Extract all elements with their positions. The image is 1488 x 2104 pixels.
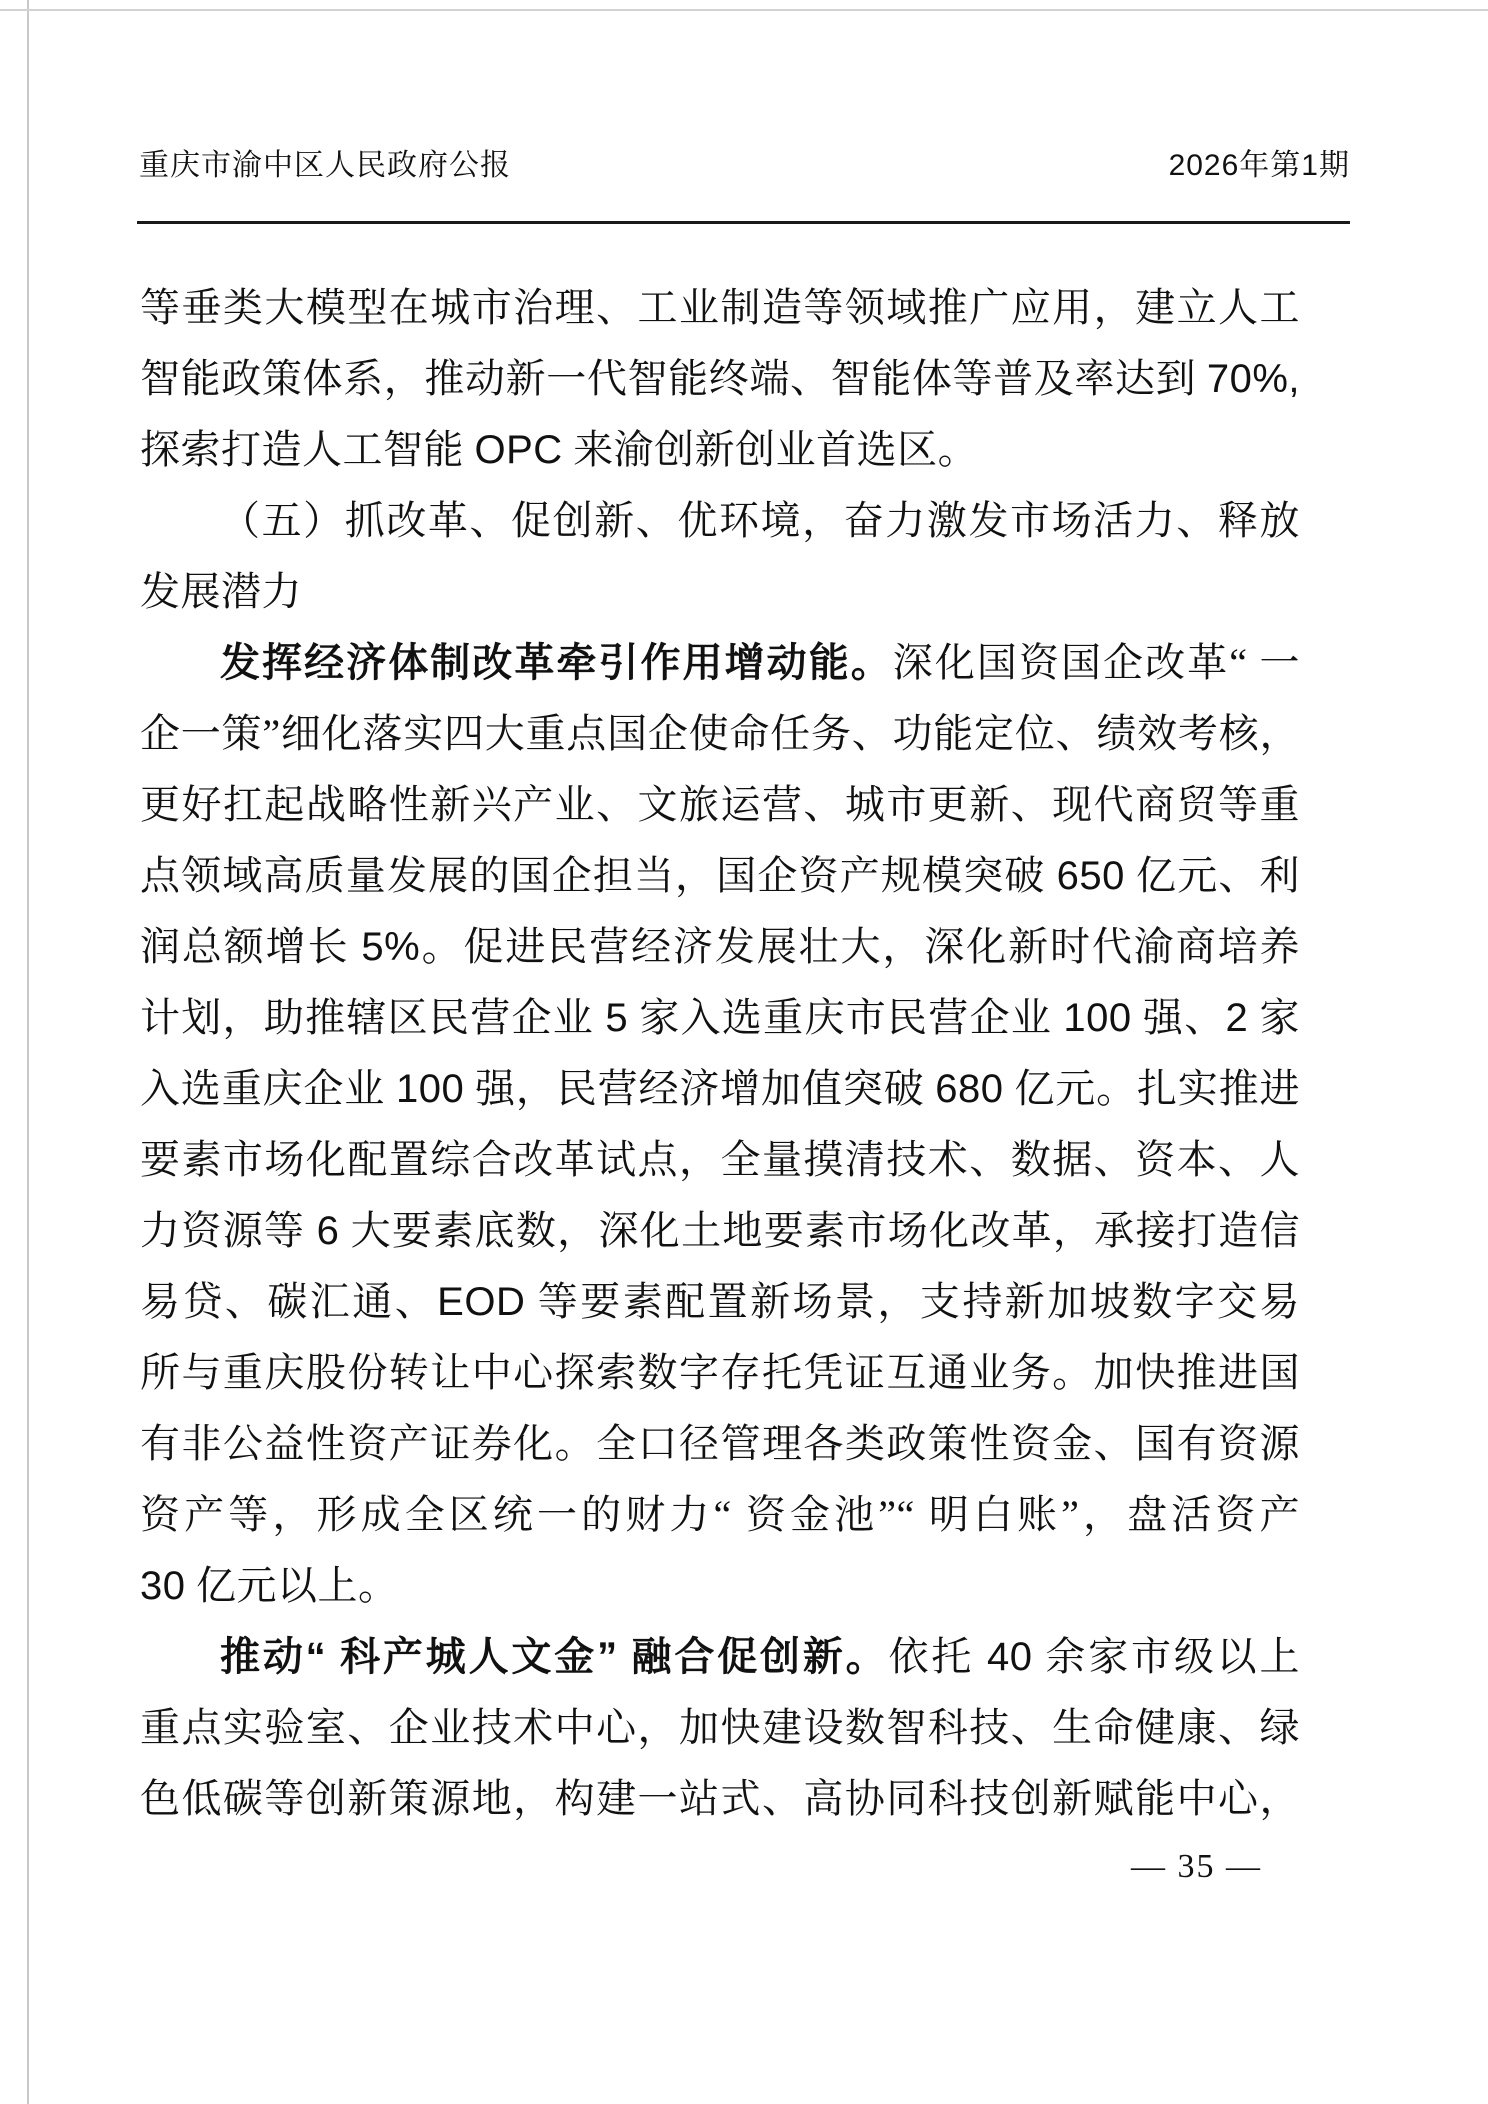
text-line: 润总额增长 5%。促进民营经济发展壮大，深化新时代渝商培养 [140,911,1300,982]
text-line: 发展潜力 [140,556,1300,627]
text-run: 润总额增长 [140,924,361,969]
text-run: 强，民营经济增加值突破 [464,1066,935,1111]
numeric-run: 40 [987,1635,1033,1679]
scan-edge-left [27,0,29,2104]
text-line: 更好扛起战略性新兴产业、文旅运营、城市更新、现代商贸等重 [140,769,1300,840]
text-line: 发挥经济体制改革牵引作用增动能。深化国资国企改革“ 一 [140,627,1300,698]
text-run: 易贷、碳汇通、 [140,1279,437,1324]
text-line: 色低碳等创新策源地，构建一站式、高协同科技创新赋能中心， [140,1763,1300,1834]
numeric-run: 6 [317,1209,340,1253]
text-run: 更好扛起战略性新兴产业、文旅运营、城市更新、现代商贸等重 [140,782,1300,827]
text-run: 发展潜力 [140,569,302,614]
text-line: （五）抓改革、促创新、优环境，奋力激发市场活力、释放 [140,485,1300,556]
text-run: 探索打造人工智能 [140,427,475,472]
page-number: — 35 — [1131,1848,1262,1886]
numeric-run: 2 [1226,996,1249,1040]
header-divider [137,221,1350,224]
text-line: 力资源等 6 大要素底数，深化土地要素市场化改革，承接打造信 [140,1195,1300,1266]
text-line: 点领域高质量发展的国企担当，国企资产规模突破 650 亿元、利 [140,840,1300,911]
text-line: 计划，助推辖区民营企业 5 家入选重庆市民营企业 100 强、2 家 [140,982,1300,1053]
text-run: 余家市级以上 [1033,1634,1300,1679]
text-run: 。促进民营经济发展壮大，深化新时代渝商培养 [420,924,1300,969]
numeric-run: 5 [605,996,628,1040]
text-run: 家 [1248,995,1300,1040]
text-run: 有非公益性资产证券化。全口径管理各类政策性资金、国有资源 [140,1421,1300,1466]
numeric-run: 5% [361,925,420,969]
text-run: 重点实验室、企业技术中心，加快建设数智科技、生命健康、绿 [140,1705,1300,1750]
text-run: 企一策”细化落实四大重点国企使命任务、功能定位、绩效考核， [140,711,1300,756]
numeric-run: 30 [140,1564,186,1608]
text-run: （五）抓改革、促创新、优环境，奋力激发市场活力、释放 [220,498,1300,543]
body-text: 等垂类大模型在城市治理、工业制造等领域推广应用，建立人工智能政策体系，推动新一代… [140,272,1300,1834]
numeric-run: 70%, [1207,357,1300,401]
text-run: 亿元。扎实推进 [1004,1066,1300,1111]
text-run: 强、 [1132,995,1226,1040]
text-run: 色低碳等创新策源地，构建一站式、高协同科技创新赋能中心， [140,1776,1300,1821]
numeric-run: 650 [1057,854,1125,898]
text-line: 要素市场化配置综合改革试点，全量摸清技术、数据、资本、人 [140,1124,1300,1195]
text-run: 入选重庆企业 [140,1066,396,1111]
text-line: 探索打造人工智能 OPC 来渝创新创业首选区。 [140,414,1300,485]
scan-edge-top [0,9,1488,11]
numeric-run: 680 [935,1067,1003,1111]
text-line: 企一策”细化落实四大重点国企使命任务、功能定位、绩效考核， [140,698,1300,769]
text-run: 要素市场化配置综合改革试点，全量摸清技术、数据、资本、人 [140,1137,1300,1182]
text-run: 深化国资国企改革“ 一 [893,640,1300,685]
text-run: 资产等，形成全区统一的财力“ 资金池”“ 明白账”，盘活资产 [140,1492,1300,1537]
text-run: 亿元、利 [1125,853,1300,898]
bold-run: 发挥经济体制改革牵引作用增动能。 [220,641,893,685]
text-line: 推动“ 科产城人文金” 融合促创新。依托 40 余家市级以上 [140,1621,1300,1692]
text-line: 等垂类大模型在城市治理、工业制造等领域推广应用，建立人工 [140,272,1300,343]
page-header: 重庆市渝中区人民政府公报 2026年第1期 [137,140,1350,192]
numeric-run: OPC [475,428,563,472]
text-line: 有非公益性资产证券化。全口径管理各类政策性资金、国有资源 [140,1408,1300,1479]
text-run: 等要素配置新场景，支持新加坡数字交易 [525,1279,1300,1324]
text-line: 易贷、碳汇通、EOD 等要素配置新场景，支持新加坡数字交易 [140,1266,1300,1337]
text-line: 所与重庆股份转让中心探索数字存托凭证互通业务。加快推进国 [140,1337,1300,1408]
numeric-run: 100 [1063,996,1131,1040]
numeric-run: 100 [396,1067,464,1111]
text-line: 入选重庆企业 100 强，民营经济增加值突破 680 亿元。扎实推进 [140,1053,1300,1124]
text-run: 计划，助推辖区民营企业 [140,995,605,1040]
text-run: 所与重庆股份转让中心探索数字存托凭证互通业务。加快推进国 [140,1350,1300,1395]
text-line: 智能政策体系，推动新一代智能终端、智能体等普及率达到 70%, [140,343,1300,414]
text-run: 来渝创新创业首选区。 [563,427,979,472]
text-run: 大要素底数，深化土地要素市场化改革，承接打造信 [339,1208,1300,1253]
text-run: 智能政策体系，推动新一代智能终端、智能体等普及率达到 [140,356,1207,401]
text-run: 等垂类大模型在城市治理、工业制造等领域推广应用，建立人工 [140,285,1300,330]
text-run: 力资源等 [140,1208,317,1253]
text-run: 依托 [889,1634,988,1679]
text-run: 家入选重庆市民营企业 [628,995,1063,1040]
issue-label: 2026年第1期 [1169,140,1350,184]
text-line: 资产等，形成全区统一的财力“ 资金池”“ 明白账”，盘活资产 [140,1479,1300,1550]
gazette-title: 重庆市渝中区人民政府公报 [139,140,511,184]
gazette-page: 重庆市渝中区人民政府公报 2026年第1期 等垂类大模型在城市治理、工业制造等领… [0,0,1488,2104]
text-line: 重点实验室、企业技术中心，加快建设数智科技、生命健康、绿 [140,1692,1300,1763]
numeric-run: EOD [437,1280,525,1324]
text-run: 点领域高质量发展的国企担当，国企资产规模突破 [140,853,1057,898]
text-line: 30 亿元以上。 [140,1550,1300,1621]
text-run: 亿元以上。 [186,1563,399,1608]
bold-run: 推动“ 科产城人文金” 融合促创新。 [220,1635,889,1679]
